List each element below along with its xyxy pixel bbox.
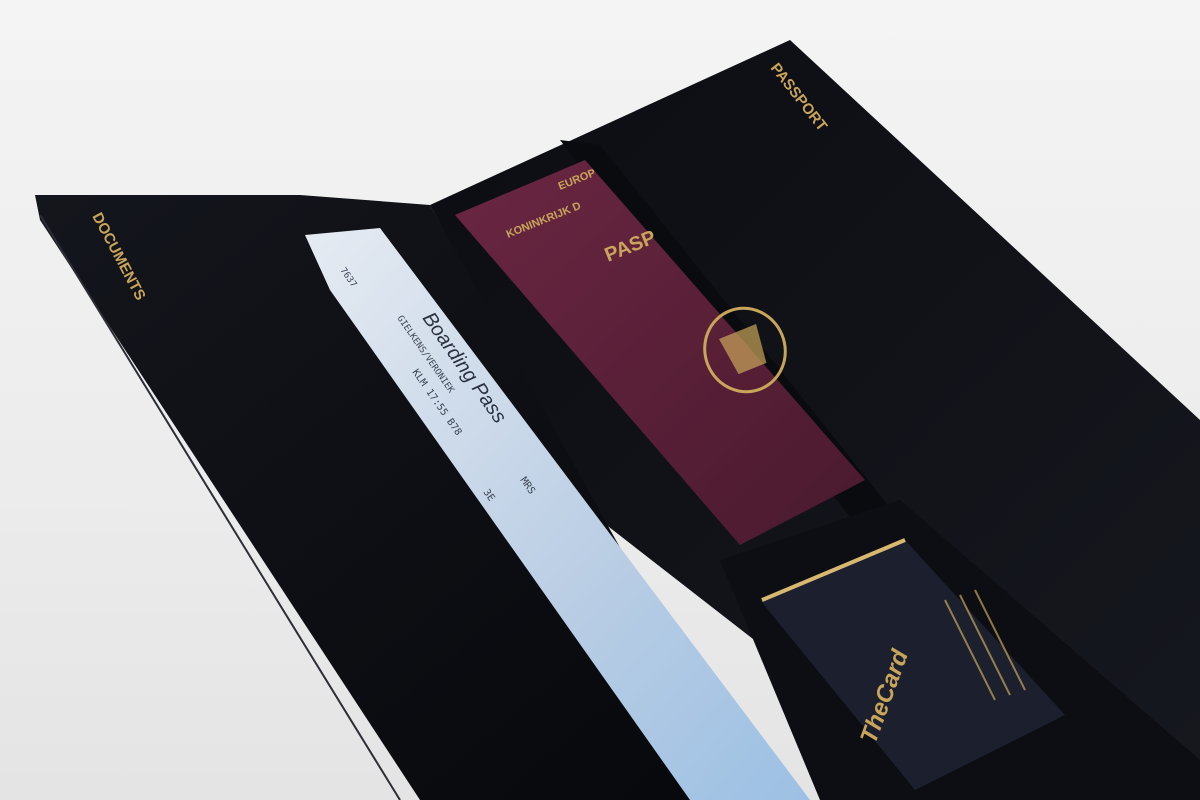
wallet-scene: PASSPORT DOCUMENTS Boarding Pass GIELKEN…: [0, 0, 1200, 800]
